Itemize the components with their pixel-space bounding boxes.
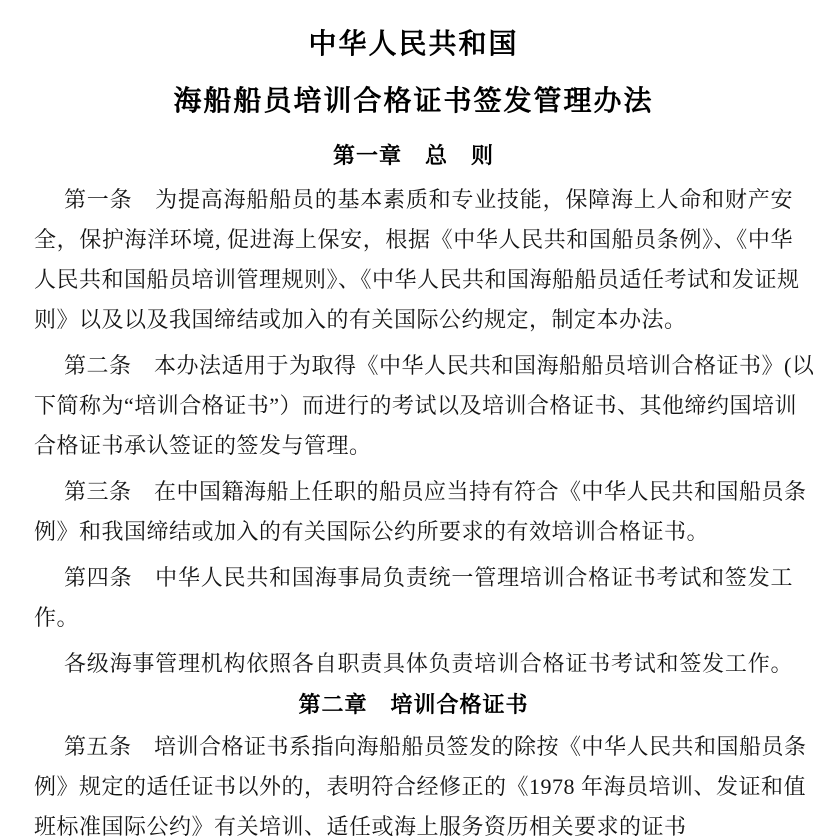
paragraph-line: 第三条 在中国籍海船上任职的船员应当持有符合《中华人民共和国船员条 [34,472,793,512]
doc-title-line1: 中华人民共和国 [34,26,793,62]
paragraph-line: 第二条 本办法适用于为取得《中华人民共和国海船船员培训合格证书》(以 [34,346,793,386]
paragraph-line: 例》和我国缔结或加入的有关国际公约所要求的有效培训合格证书。 [34,512,793,552]
paragraph-line: 第四条 中华人民共和国海事局负责统一管理培训合格证书考试和签发工 [34,558,793,598]
chapter-1-heading: 第一章 总 则 [34,140,793,172]
paragraph-line: 下简称为“培训合格证书”）而进行的考试以及培训合格证书、其他缔约国培训 [34,386,793,426]
paragraph-line: 人民共和国船员培训管理规则》、《中华人民共和国海船船员适任考试和发证规 [34,260,793,300]
article-3-paragraph: 第三条 在中国籍海船上任职的船员应当持有符合《中华人民共和国船员条 例》和我国缔… [34,472,793,552]
paragraph-line-cutoff: 班标准国际公约》有关培训、适任或海上服务资历相关要求的证书 [34,807,793,840]
paragraph-line: 合格证书承认签证的签发与管理。 [34,426,793,466]
article-5-paragraph: 第五条 培训合格证书系指向海船船员签发的除按《中华人民共和国船员条 例》规定的适… [34,727,793,840]
article-2-paragraph: 第二条 本办法适用于为取得《中华人民共和国海船船员培训合格证书》(以 下简称为“… [34,346,793,466]
paragraph-line: 例》规定的适任证书以外的，表明符合经修正的《1978 年海员培训、发证和值 [34,767,793,807]
paragraph-line: 第五条 培训合格证书系指向海船船员签发的除按《中华人民共和国船员条 [34,727,793,767]
paragraph-line: 第一条 为提高海船船员的基本素质和专业技能，保障海上人命和财产安 [34,180,793,220]
paragraph-line: 则》以及以及我国缔结或加入的有关国际公约规定，制定本办法。 [34,300,793,340]
paragraph-line: 全，保护海洋环境, 促进海上保安，根据《中华人民共和国船员条例》、《中华 [34,220,793,260]
document-page: 中华人民共和国 海船船员培训合格证书签发管理办法 第一章 总 则 第一条 为提高… [0,0,824,840]
chapter-2-heading: 第二章 培训合格证书 [34,689,793,721]
article-1-paragraph: 第一条 为提高海船船员的基本素质和专业技能，保障海上人命和财产安 全，保护海洋环… [34,180,793,340]
article-4-paragraph: 第四条 中华人民共和国海事局负责统一管理培训合格证书考试和签发工 作。 [34,558,793,638]
doc-title-line2: 海船船员培训合格证书签发管理办法 [34,83,793,119]
article-4-continued-paragraph: 各级海事管理机构依照各自职责具体负责培训合格证书考试和签发工作。 [34,644,793,684]
paragraph-line: 作。 [34,598,793,638]
paragraph-line: 各级海事管理机构依照各自职责具体负责培训合格证书考试和签发工作。 [34,644,793,684]
